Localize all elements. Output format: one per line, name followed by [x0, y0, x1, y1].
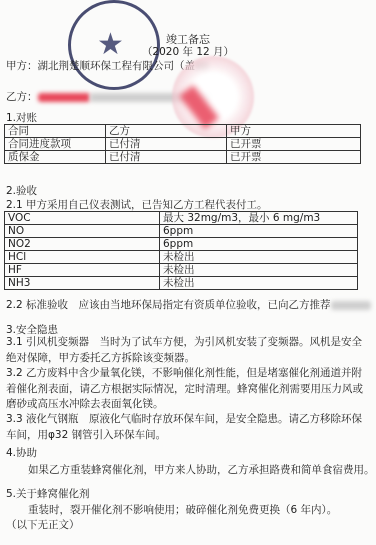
table-cell: 已付清 — [106, 138, 227, 151]
party-b-label: 乙方： — [6, 91, 38, 103]
table-row: NO26ppm — [5, 238, 358, 251]
table-cell: 已开票 — [227, 138, 361, 151]
table-cell: NH3 — [5, 277, 160, 290]
party-a-label: 甲方： — [6, 60, 38, 72]
section-4-text: 如果乙方重装蜂窝催化剂，甲方来人协助，乙方承担路费和简单食宿费用。 — [6, 462, 375, 477]
table-cell: 6ppm — [160, 225, 358, 238]
reconciliation-table: 合同 乙方 甲方 合同进度款项 已付清 已开票 质保金 已付清 已开票 — [4, 124, 361, 164]
section-2-2-line: 2.2 标准验收 应该由当地环保局指定有资质单位验收，已向乙方推荐 — [6, 297, 371, 312]
section-4-heading: 4.协助 — [6, 445, 37, 460]
table-row: NH3未检出 — [5, 277, 358, 290]
table-cell: HCl — [5, 251, 160, 264]
redacted-text — [38, 93, 90, 102]
table-cell: HF — [5, 264, 160, 277]
table-cell: 未检出 — [160, 264, 358, 277]
section-3-2-text: 3.2 乙方废料中含少量氧化镁，不影响催化剂性能，但是堵塞催化剂通道并附着催化剂… — [6, 366, 368, 413]
emission-test-table: VOC最大 32mg/m3，最小 6 mg/m3 NO6ppm NO26ppm … — [4, 211, 358, 290]
party-a-name: 湖北荆楚顺环保工程有限公司（盖 — [38, 60, 196, 72]
table-cell: 甲方 — [227, 125, 361, 138]
table-cell: 6ppm — [160, 238, 358, 251]
table-cell: 最大 32mg/m3，最小 6 mg/m3 — [160, 212, 358, 225]
table-row: VOC最大 32mg/m3，最小 6 mg/m3 — [5, 212, 358, 225]
document-date: （2020 年 12 月） — [0, 44, 376, 59]
table-row: NO6ppm — [5, 225, 358, 238]
table-cell: VOC — [5, 212, 160, 225]
section-5-text: 重装时，裂开催化剂不影响使用；破碎催化剂免费更换（6 年内）。 — [6, 502, 337, 517]
section-3-3-text: 3.3 液化气钢瓶 原液化气临时存放环保车间，是安全隐患。请乙方移除环保车间，用… — [6, 412, 368, 443]
section-2-1-text: 2.1 甲方采用自己仪表测试，已告知乙方工程代表付工。 — [6, 197, 268, 212]
redacted-text — [331, 301, 371, 310]
table-cell: NO2 — [5, 238, 160, 251]
table-cell: 已付清 — [106, 151, 227, 164]
table-cell: 乙方 — [106, 125, 227, 138]
table-cell: 合同进度款项 — [5, 138, 106, 151]
table-cell: 未检出 — [160, 251, 358, 264]
table-cell: 未检出 — [160, 277, 358, 290]
table-cell: 合同 — [5, 125, 106, 138]
section-2-heading: 2.验收 — [6, 183, 37, 198]
table-cell: NO — [5, 225, 160, 238]
section-3-1-text: 3.1 引风机变频器 当时为了试车方便，为引风机安装了变频器。风机是安全绝对保障… — [6, 335, 368, 366]
table-row: 合同 乙方 甲方 — [5, 125, 361, 138]
table-cell: 质保金 — [5, 151, 106, 164]
party-a-line: 甲方：湖北荆楚顺环保工程有限公司（盖 — [6, 58, 209, 73]
table-row: 合同进度款项 已付清 已开票 — [5, 138, 361, 151]
end-note: （以下无正文） — [6, 517, 80, 532]
section-5-heading: 5.关于蜂窝催化剂 — [6, 486, 90, 501]
section-1-heading: 1.对账 — [6, 110, 37, 125]
table-cell: 已开票 — [227, 151, 361, 164]
table-row: HCl未检出 — [5, 251, 358, 264]
section-2-2-text: 2.2 标准验收 应该由当地环保局指定有资质单位验收，已向乙方推荐 — [6, 299, 331, 311]
table-row: 质保金 已付清 已开票 — [5, 151, 361, 164]
table-row: HF未检出 — [5, 264, 358, 277]
